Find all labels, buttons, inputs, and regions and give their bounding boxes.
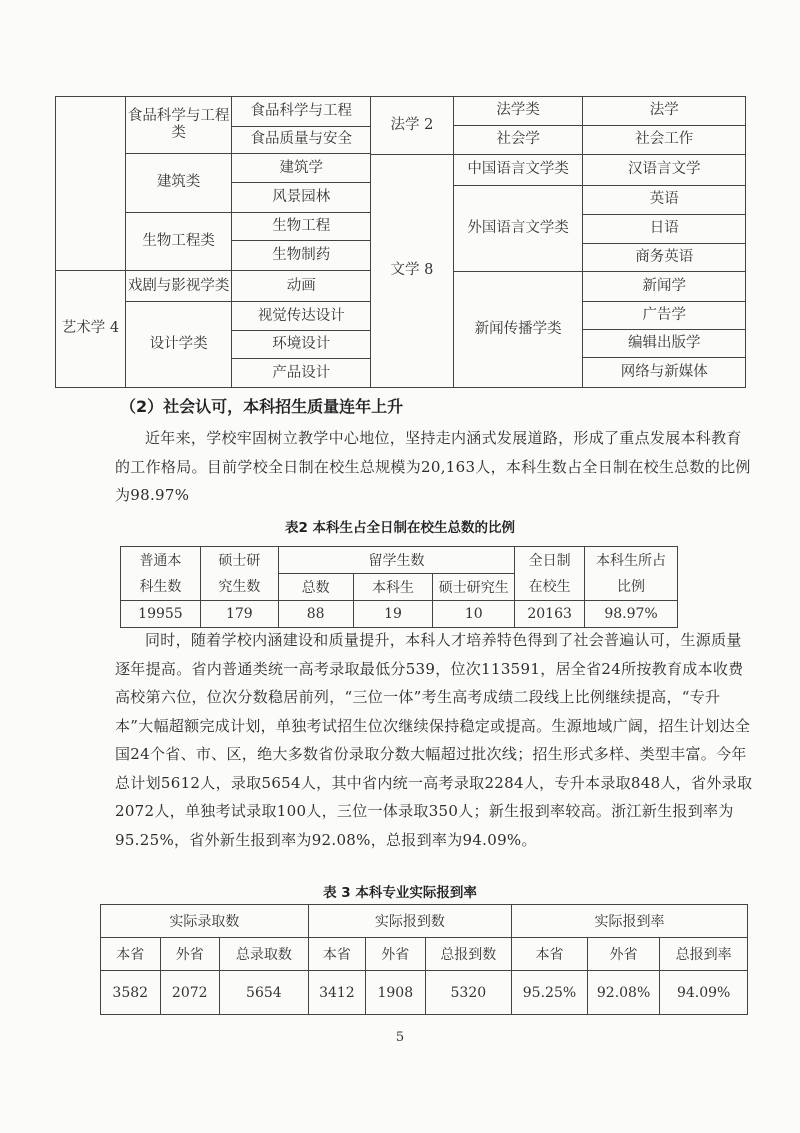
- class-cell: 中国语言文学类: [453, 154, 583, 185]
- major-cell: 英语: [583, 185, 746, 214]
- header-cell: 本科生: [353, 574, 433, 601]
- subheader-cell: 总报到率: [660, 938, 748, 971]
- data-cell: 19955: [121, 601, 201, 628]
- table3-caption: 表 3 本科专业实际报到率: [0, 881, 800, 901]
- data-cell: 94.09%: [660, 971, 748, 1015]
- group-header: 实际报到数: [308, 905, 511, 938]
- category-cell: 文学 8: [371, 154, 454, 387]
- major-cell: 风景园林: [232, 183, 371, 213]
- major-cell: 广告学: [583, 302, 746, 330]
- major-cell: 日语: [583, 214, 746, 243]
- class-cell: 戏剧与影视学类: [125, 270, 232, 302]
- header-cell: 留学生数: [278, 547, 514, 574]
- document-page: 食品科学与工程类 食品科学与工程 食品质量与安全 建筑类 建筑学 风景园林 生物…: [0, 0, 800, 1133]
- major-cell: 食品质量与安全: [232, 126, 371, 153]
- group-header: 实际录取数: [101, 905, 309, 938]
- data-cell: 5320: [425, 971, 512, 1015]
- header-cell: 本科生所占比例: [585, 547, 678, 601]
- enrollment-rate-table: 实际录取数 实际报到数 实际报到率 本省 外省 总录取数 本省 外省 总报到数 …: [100, 904, 748, 1015]
- data-cell: 5654: [220, 971, 309, 1015]
- subheader-cell: 本省: [101, 938, 161, 971]
- major-cell: 商务英语: [583, 243, 746, 272]
- subheader-cell: 本省: [512, 938, 588, 971]
- data-cell: 92.08%: [587, 971, 659, 1015]
- major-cell: 食品科学与工程: [232, 97, 371, 127]
- class-cell: 生物工程类: [125, 212, 232, 270]
- major-cell: 产品设计: [232, 359, 371, 388]
- major-cell: 网络与新媒体: [583, 358, 746, 388]
- header-cell: 总数: [278, 574, 353, 601]
- category-cell: 艺术学 4: [56, 270, 126, 387]
- major-cell: 法学: [583, 97, 746, 126]
- table2-caption: 表2 本科生占全日制在校生总数的比例: [0, 516, 800, 536]
- major-cell: 生物制药: [232, 241, 371, 271]
- subheader-cell: 总报到数: [425, 938, 512, 971]
- data-cell: 179: [200, 601, 278, 628]
- major-cell: 编辑出版学: [583, 330, 746, 358]
- header-cell: 全日制在校生: [515, 547, 585, 601]
- major-cell: 环境设计: [232, 330, 371, 358]
- data-cell: 3412: [308, 971, 365, 1015]
- data-cell: 20163: [515, 601, 585, 628]
- major-cell: 新闻学: [583, 272, 746, 302]
- data-cell: 3582: [101, 971, 161, 1015]
- paragraph-admission-quality: 同时，随着学校内涵建设和质量提升，本科人才培养特色得到了社会普遍认可，生源质量逐…: [115, 626, 755, 854]
- major-cell: 汉语言文学: [583, 154, 746, 185]
- group-header: 实际报到率: [512, 905, 748, 938]
- subheader-cell: 总录取数: [220, 938, 309, 971]
- class-cell: 建筑类: [125, 153, 232, 212]
- data-cell: 1908: [366, 971, 426, 1015]
- class-cell: 食品科学与工程类: [125, 97, 232, 154]
- class-cell: 新闻传播学类: [453, 272, 583, 388]
- major-cell: 社会工作: [583, 125, 746, 154]
- undergrad-ratio-table: 普通本科生数 硕士研究生数 留学生数 全日制在校生 本科生所占比例 总数 本科生…: [120, 546, 678, 628]
- class-cell: 社会学: [453, 125, 583, 154]
- class-cell: 设计学类: [125, 302, 232, 388]
- major-cell: 生物工程: [232, 212, 371, 240]
- header-cell: 硕士研究生数: [200, 547, 278, 601]
- category-cell: 法学 2: [371, 97, 454, 155]
- major-cell: 视觉传达设计: [232, 302, 371, 330]
- majors-table-left: 食品科学与工程类 食品科学与工程 食品质量与安全 建筑类 建筑学 风景园林 生物…: [55, 96, 371, 388]
- subheader-cell: 外省: [587, 938, 659, 971]
- page-number: 5: [0, 1030, 800, 1045]
- section-heading: （2）社会认可，本科招生质量连年上升: [120, 394, 403, 417]
- major-cell: 动画: [232, 270, 371, 302]
- major-cell: 建筑学: [232, 153, 371, 183]
- majors-table-right: 法学 2 法学类 法学 社会学 社会工作 文学 8 中国语言文学类 汉语言文学 …: [370, 96, 746, 388]
- subheader-cell: 本省: [308, 938, 365, 971]
- data-cell: 88: [278, 601, 353, 628]
- subheader-cell: 外省: [160, 938, 220, 971]
- subheader-cell: 外省: [366, 938, 426, 971]
- header-cell: 硕士研究生: [433, 574, 515, 601]
- data-cell: 2072: [160, 971, 220, 1015]
- category-cell: [56, 97, 126, 271]
- data-cell: 10: [433, 601, 515, 628]
- data-cell: 19: [353, 601, 433, 628]
- class-cell: 法学类: [453, 97, 583, 126]
- class-cell: 外国语言文学类: [453, 185, 583, 272]
- data-cell: 98.97%: [585, 601, 678, 628]
- header-cell: 普通本科生数: [121, 547, 201, 601]
- data-cell: 95.25%: [512, 971, 588, 1015]
- paragraph-enrollment-scale: 近年来，学校牢固树立教学中心地位，坚持走内涵式发展道路，形成了重点发展本科教育的…: [115, 424, 755, 510]
